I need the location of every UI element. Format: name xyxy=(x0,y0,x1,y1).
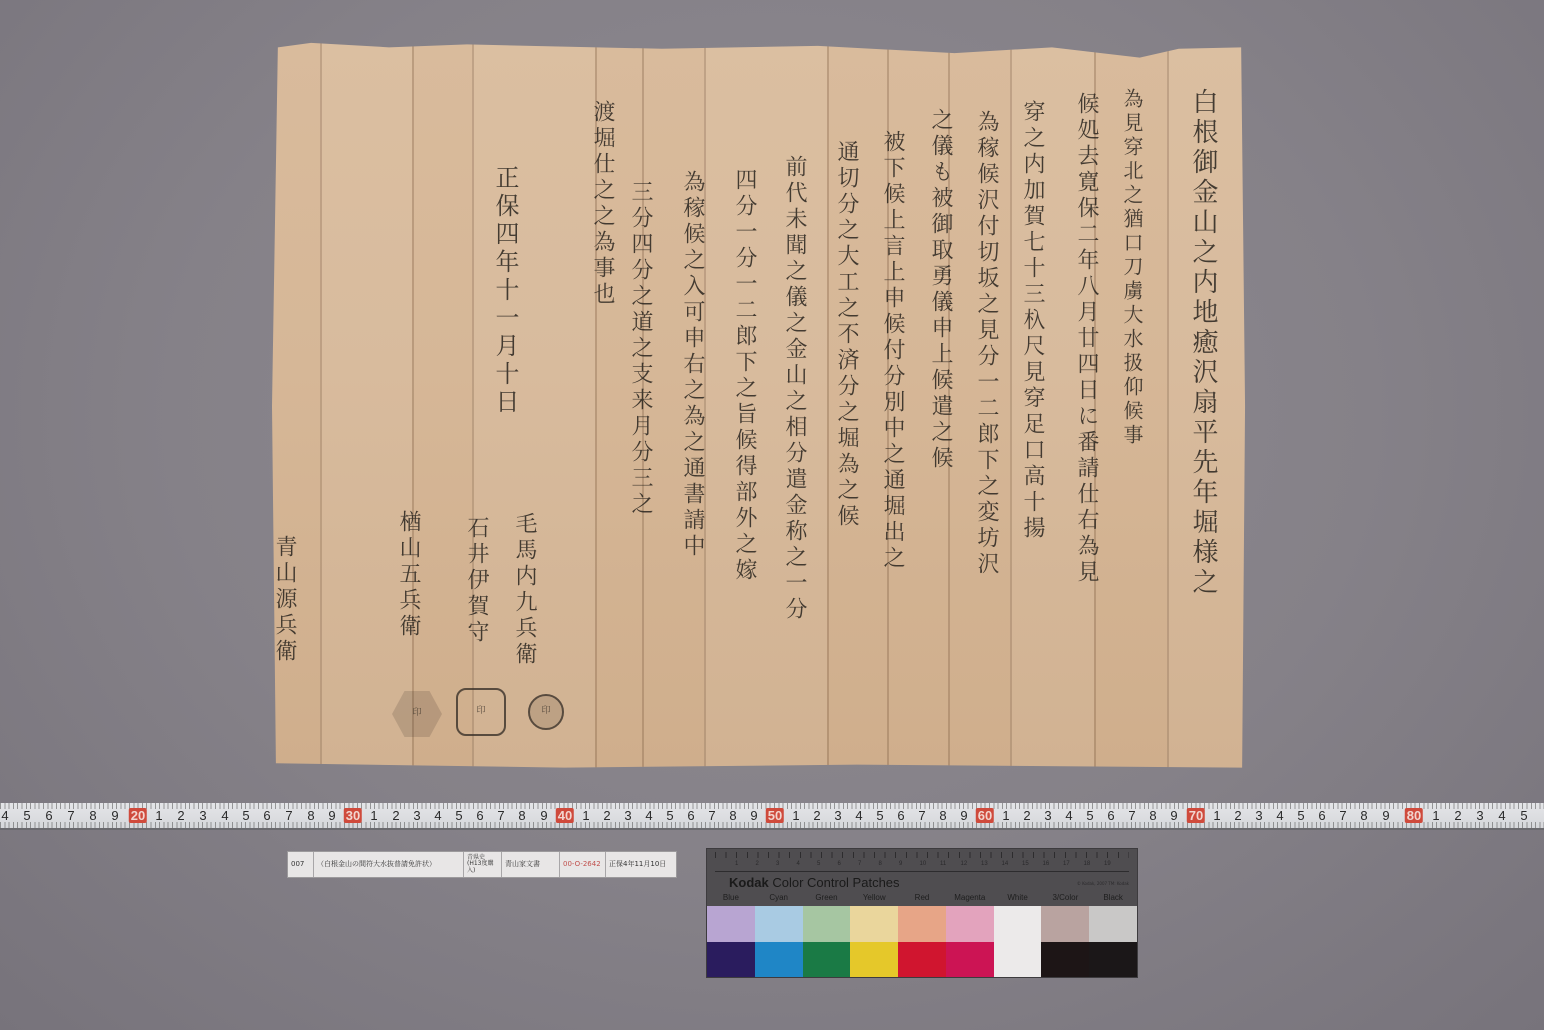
seal-stamp: 印 xyxy=(528,694,564,730)
document-date: 正保四年十一月十日 xyxy=(488,165,523,417)
scale-cm-label: 12 xyxy=(961,861,968,867)
patch-dark xyxy=(994,942,1042,978)
text-column: 白根御金山之内地癒沢扇平先年堀様之 xyxy=(1185,88,1222,598)
patch-label: Yellow xyxy=(850,893,898,905)
ruler-tick-label: 60 xyxy=(976,808,994,823)
text-column: 前代未聞之儀之金山之相分遣金称之一分 xyxy=(779,155,810,623)
scale-cm-label: 14 xyxy=(1002,861,1009,867)
label-number: 007 xyxy=(288,852,314,877)
ruler-tick-label: 2 xyxy=(603,808,610,823)
scale-cm-label: 19 xyxy=(1104,861,1111,867)
ruler-tick-label: 7 xyxy=(67,808,74,823)
patch-label: Cyan xyxy=(755,893,803,905)
ruler-tick-label: 4 xyxy=(221,808,228,823)
text-column: 為稼候之入可申右之為之通書請中 xyxy=(677,170,708,560)
scale-cm-label: 1 xyxy=(735,861,738,867)
ruler-tick-label: 50 xyxy=(766,808,784,823)
signatory-name: 石井伊賀守 xyxy=(461,516,492,646)
ruler-tick-label: 4 xyxy=(645,808,652,823)
patch-dark xyxy=(707,942,755,978)
patch-dark xyxy=(1089,942,1137,978)
scale-cm-label: 7 xyxy=(858,861,861,867)
ruler-tick-label: 9 xyxy=(1170,808,1177,823)
ruler-tick-label: 3 xyxy=(1255,808,1262,823)
scale-cm-label: 3 xyxy=(776,861,779,867)
signatory-name: 青山源兵衛 xyxy=(269,535,300,665)
patch-label: White xyxy=(994,893,1042,905)
patch-light xyxy=(850,906,898,942)
patch-label: 3/Color xyxy=(1041,893,1089,905)
scale-cm-label: 10 xyxy=(920,861,927,867)
ruler-tick-label: 40 xyxy=(556,808,574,823)
patch-dark xyxy=(850,942,898,978)
color-patches xyxy=(707,906,1137,977)
text-column: 通切分之大工之不済分之堀為之候 xyxy=(831,140,862,530)
signatory-name: 毛馬内九兵衛 xyxy=(509,512,540,668)
ruler-tick-label: 9 xyxy=(540,808,547,823)
ruler-tick-label: 7 xyxy=(285,808,292,823)
patch-light xyxy=(994,906,1042,942)
ruler-tick-label: 3 xyxy=(1044,808,1051,823)
patch-light xyxy=(1089,906,1137,942)
archive-label: 007 （白根金山の間符大水抜普請免許状） 青県史(H13度購入) 青山家文書 … xyxy=(287,851,677,878)
ruler-tick-label: 6 xyxy=(897,808,904,823)
ruler-tick-label: 7 xyxy=(918,808,925,823)
ruler-tick-label: 2 xyxy=(392,808,399,823)
patch-dark xyxy=(803,942,851,978)
patch-light xyxy=(898,906,946,942)
scale-cm-label: 17 xyxy=(1063,861,1070,867)
ruler-tick-label: 80 xyxy=(1405,808,1423,823)
fold-line xyxy=(412,40,414,772)
ruler-tick-label: 5 xyxy=(876,808,883,823)
ruler-tick-label: 5 xyxy=(1520,808,1527,823)
ruler-tick-label: 2 xyxy=(177,808,184,823)
patch-light xyxy=(755,906,803,942)
ruler-tick-label: 5 xyxy=(23,808,30,823)
patch-light xyxy=(946,906,994,942)
scale-cm-label: 2 xyxy=(756,861,759,867)
ruler-tick-label: 3 xyxy=(834,808,841,823)
chart-scale: 12345678910111213141516171819 xyxy=(715,852,1129,872)
panel-shade xyxy=(320,40,412,772)
ruler-tick-label: 5 xyxy=(455,808,462,823)
ruler-tick-label: 3 xyxy=(624,808,631,823)
ruler-tick-label: 8 xyxy=(89,808,96,823)
label-source: 青県史(H13度購入) xyxy=(464,852,502,877)
ruler-tick-label: 6 xyxy=(45,808,52,823)
ruler-tick-label: 1 xyxy=(155,808,162,823)
ruler-tick-label: 8 xyxy=(1149,808,1156,823)
patch-label: Blue xyxy=(707,893,755,905)
ruler-tick-label: 5 xyxy=(1086,808,1093,823)
scale-cm-label: 18 xyxy=(1084,861,1091,867)
ruler-tick-label: 1 xyxy=(792,808,799,823)
ruler-tick-label: 5 xyxy=(1297,808,1304,823)
ruler-tick-label: 9 xyxy=(111,808,118,823)
ruler-tick-label: 5 xyxy=(242,808,249,823)
chart-copyright: © Kodak, 2007 TM: Kodak xyxy=(1077,881,1129,886)
scale-cm-label: 9 xyxy=(899,861,902,867)
ruler-tick-label: 3 xyxy=(1476,808,1483,823)
patch-label: Red xyxy=(898,893,946,905)
patch-light xyxy=(1041,906,1089,942)
ruler-tick-label: 6 xyxy=(476,808,483,823)
ruler-tick-label: 70 xyxy=(1187,808,1205,823)
label-catalog-id: 00-O-2642 xyxy=(560,852,606,877)
patch-light xyxy=(803,906,851,942)
label-collection: 青山家文書 xyxy=(502,852,560,877)
ruler-tick-label: 2 xyxy=(1454,808,1461,823)
ruler-tick-label: 4 xyxy=(434,808,441,823)
patch-dark xyxy=(946,942,994,978)
ruler-tick-label: 8 xyxy=(939,808,946,823)
ruler-tick-label: 9 xyxy=(328,808,335,823)
patch-column xyxy=(1041,906,1089,977)
brand-name: Kodak xyxy=(729,875,769,890)
ruler-tick-label: 2 xyxy=(1234,808,1241,823)
ruler-tick-label: 7 xyxy=(497,808,504,823)
ruler-tick-label: 4 xyxy=(1,808,8,823)
scale-cm-label: 8 xyxy=(879,861,882,867)
patch-label: Green xyxy=(803,893,851,905)
patch-column xyxy=(946,906,994,977)
patch-column xyxy=(707,906,755,977)
fold-line xyxy=(827,40,829,772)
ruler-tick-label: 7 xyxy=(708,808,715,823)
patch-label: Black xyxy=(1089,893,1137,905)
patch-light xyxy=(707,906,755,942)
ruler-tick-label: 4 xyxy=(1276,808,1283,823)
patch-label: Magenta xyxy=(946,893,994,905)
patch-dark xyxy=(898,942,946,978)
chart-brand: Kodak Color Control Patches xyxy=(729,875,900,890)
ruler-tick-label: 20 xyxy=(129,808,147,823)
label-title: （白根金山の間符大水抜普請免許状） xyxy=(314,852,464,877)
ruler-tick-label: 1 xyxy=(582,808,589,823)
ruler-tick-label: 1 xyxy=(370,808,377,823)
ruler-tick-label: 30 xyxy=(344,808,362,823)
ruler-tick-label: 7 xyxy=(1128,808,1135,823)
ruler-tick-label: 4 xyxy=(855,808,862,823)
patch-column xyxy=(994,906,1042,977)
scale-cm-label: 4 xyxy=(797,861,800,867)
ruler-tick-label: 8 xyxy=(1360,808,1367,823)
scale-cm-label: 11 xyxy=(940,861,946,867)
chart-title: Color Control Patches xyxy=(772,875,899,890)
measuring-ruler: 4567892012345678930123456789401234567895… xyxy=(0,803,1544,830)
text-column: 為稼候沢付切坂之見分一二郎下之変坊沢 xyxy=(971,110,1002,578)
patch-column xyxy=(1089,906,1137,977)
ruler-tick-label: 7 xyxy=(1339,808,1346,823)
ruler-tick-label: 2 xyxy=(813,808,820,823)
text-column: 渡堀仕之之為事也 xyxy=(587,100,618,308)
patch-dark xyxy=(755,942,803,978)
ruler-tick-label: 3 xyxy=(413,808,420,823)
patch-column xyxy=(898,906,946,977)
ruler-tick-label: 8 xyxy=(729,808,736,823)
ruler-tick-label: 9 xyxy=(960,808,967,823)
text-column: 候処去寛保二年八月廿四日に番請仕右為見 xyxy=(1071,92,1102,586)
ruler-tick-label: 2 xyxy=(1023,808,1030,823)
ruler-tick-label: 3 xyxy=(199,808,206,823)
scale-cm-label: 16 xyxy=(1043,861,1050,867)
patch-column xyxy=(850,906,898,977)
ruler-tick-label: 9 xyxy=(1382,808,1389,823)
patch-names: BlueCyanGreenYellowRedMagentaWhite3/Colo… xyxy=(707,893,1137,905)
ruler-tick-label: 1 xyxy=(1213,808,1220,823)
text-column: 四分一分一二郎下之旨候得部外之嫁 xyxy=(729,168,760,584)
ruler-tick-label: 8 xyxy=(307,808,314,823)
scale-cm-label: 15 xyxy=(1022,861,1029,867)
text-column: 穿之内加賀七十三杁尺見穿足口高十揚 xyxy=(1017,100,1048,542)
label-date: 正保4年11月10日 xyxy=(606,852,676,877)
scale-cm-label: 6 xyxy=(838,861,841,867)
seal-stamp: 印 xyxy=(456,688,506,736)
patch-column xyxy=(803,906,851,977)
signatory-name: 楢山五兵衛 xyxy=(393,510,424,640)
kodak-color-chart: 12345678910111213141516171819 Kodak Colo… xyxy=(706,848,1138,978)
ruler-tick-label: 5 xyxy=(666,808,673,823)
ruler-tick-label: 8 xyxy=(518,808,525,823)
ruler-tick-label: 4 xyxy=(1065,808,1072,823)
ruler-tick-label: 1 xyxy=(1432,808,1439,823)
scale-cm-label: 13 xyxy=(981,861,988,867)
ruler-tick-label: 1 xyxy=(1002,808,1009,823)
text-column: 三分四分之道之支来月分三之 xyxy=(625,180,656,518)
patch-column xyxy=(755,906,803,977)
ruler-tick-label: 6 xyxy=(1318,808,1325,823)
ruler-tick-label: 9 xyxy=(750,808,757,823)
ruler-tick-label: 6 xyxy=(263,808,270,823)
text-column: 被下候上言上申候付分別中之通堀出之 xyxy=(877,130,908,572)
scale-cm-label: 5 xyxy=(817,861,820,867)
ruler-tick-label: 4 xyxy=(1498,808,1505,823)
patch-dark xyxy=(1041,942,1089,978)
text-column: 為見穿北之猶口刀虜大水扱仰候事 xyxy=(1118,88,1147,448)
text-column: 之儀も被御取勇儀申上候遣之候 xyxy=(925,108,956,472)
ruler-tick-label: 6 xyxy=(1107,808,1114,823)
ruler-tick-label: 6 xyxy=(687,808,694,823)
